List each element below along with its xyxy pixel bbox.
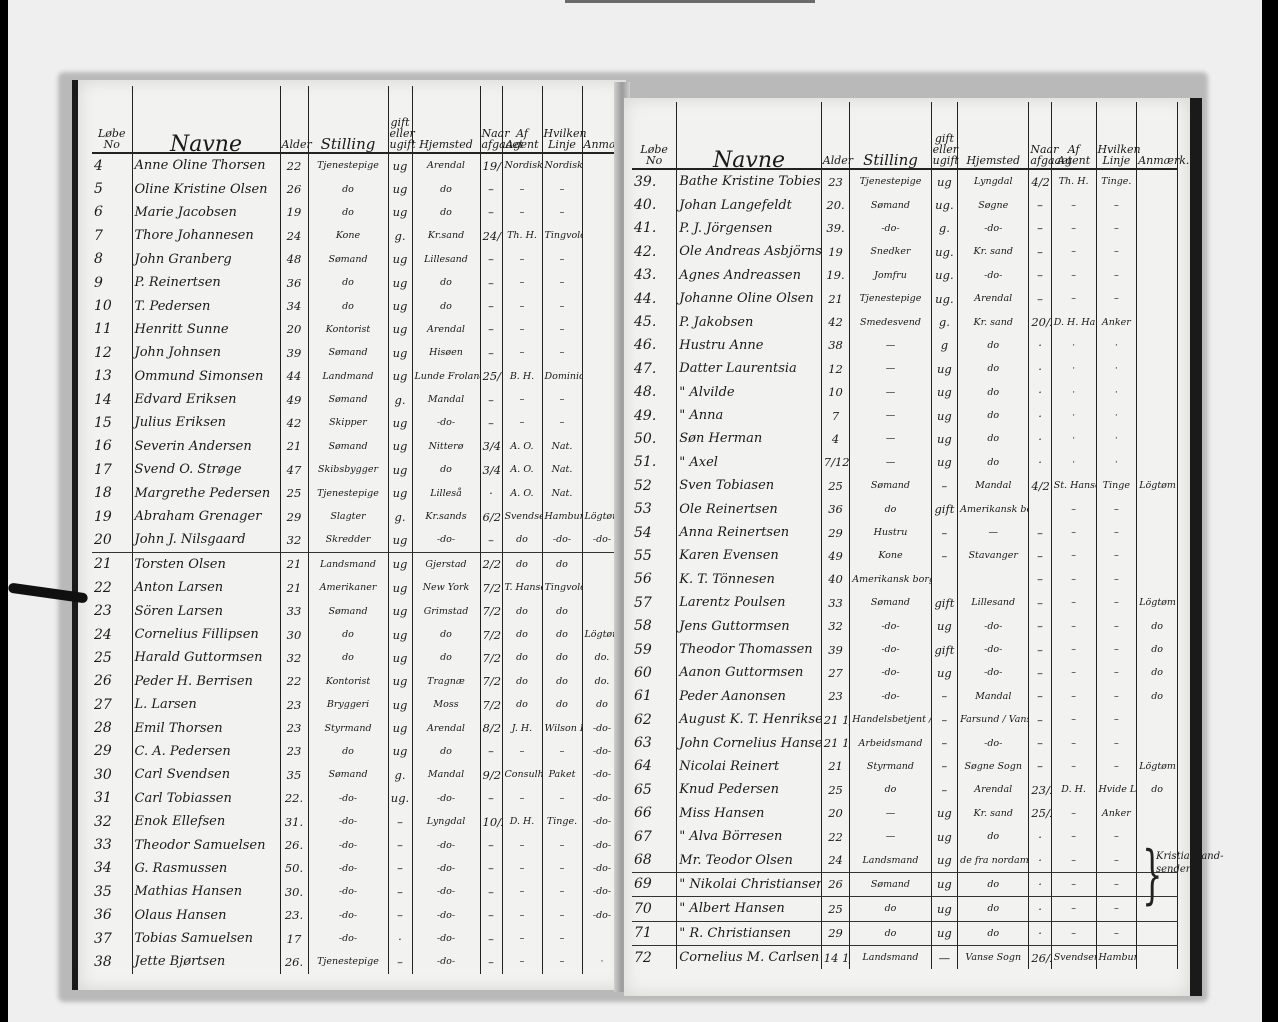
cell-date: – (480, 857, 502, 880)
col-remarks: Anmærk. (1137, 102, 1178, 169)
cell-age: 12 (821, 357, 849, 380)
cell-name: C. A. Pedersen (132, 740, 280, 763)
cell-married: ug (931, 169, 957, 193)
table-row: 32Enok Ellefsen31.-do-–Lyngdal10/2D. H.T… (92, 810, 622, 833)
table-row: 44.Johanne Oline Olsen21Tjenestepigeug.A… (632, 287, 1178, 310)
cell-married: ug (388, 271, 412, 294)
cell-no: 68 (632, 848, 677, 872)
cell-no: 20 (92, 528, 132, 552)
cell-position: Sømand (308, 388, 388, 411)
cell-married: ug (388, 646, 412, 669)
cell-date: – (480, 341, 502, 364)
cell-date: · (1029, 381, 1051, 404)
cell-home: Moss (412, 693, 480, 716)
table-row: 53Ole Reinertsen36dogiftAmerikansk borge… (632, 497, 1178, 520)
cell-line: – (1096, 708, 1137, 731)
cell-remarks (1137, 568, 1178, 591)
cell-agent: do (502, 646, 542, 669)
cell-no: 11 (92, 318, 132, 341)
cell-agent: – (1051, 497, 1096, 520)
cell-line: Hamburg (542, 505, 582, 528)
cell-name: Ommund Simonsen (132, 365, 280, 388)
cell-name: Margrethe Pedersen (132, 481, 280, 504)
cell-home: -do- (958, 264, 1029, 287)
cell-remarks (1137, 287, 1178, 310)
cell-date: 20/2 (1029, 310, 1051, 333)
cell-position: -do- (308, 857, 388, 880)
cell-home: Mandal (958, 474, 1029, 497)
cell-agent: – (502, 341, 542, 364)
cell-position: Amerikansk borger (850, 568, 931, 591)
cell-home: Arendal (412, 153, 480, 177)
cell-position: Kone (850, 544, 931, 567)
cell-line: – (1096, 217, 1137, 240)
cell-line: – (1096, 591, 1137, 614)
table-row: 70" Albert Hansen25dougdo·–– (632, 897, 1178, 921)
cell-age: 21 (280, 576, 308, 599)
cell-name: Carl Svendsen (132, 763, 280, 786)
cell-name: Peder Aanonsen (677, 685, 822, 708)
cell-married: g. (388, 763, 412, 786)
cell-age: 44 (280, 365, 308, 388)
cell-home: Stavanger (958, 544, 1029, 567)
cell-line: – (1096, 755, 1137, 778)
cell-married: ug. (931, 264, 957, 287)
cell-agent: · (1051, 427, 1096, 450)
cell-remarks (1137, 708, 1178, 731)
cell-name: " Alva Börresen (677, 825, 822, 848)
cell-age: 49 (821, 544, 849, 567)
cell-line: · (1096, 334, 1137, 357)
cell-agent: – (1051, 802, 1096, 825)
cell-date: – (480, 177, 502, 200)
cell-married: ug (931, 404, 957, 427)
cell-married: gift (931, 638, 957, 661)
cell-married: g. (388, 224, 412, 247)
cell-no: 70 (632, 897, 677, 921)
cell-date: – (480, 201, 502, 224)
cell-home: do (958, 334, 1029, 357)
cell-agent: – (502, 927, 542, 950)
cell-position: Tjenestepige (850, 287, 931, 310)
cell-age: 39 (821, 638, 849, 661)
cell-no: 53 (632, 497, 677, 520)
col-agent: Af Agent (1051, 102, 1096, 169)
cell-home: Amerikansk borger (958, 497, 1029, 520)
cell-married: ug (931, 381, 957, 404)
table-row: 51." Axel7/12—ugdo··· (632, 451, 1178, 474)
cell-agent: – (502, 388, 542, 411)
table-row: 7Thore Johannesen24Koneg.Kr.sand24/7Th. … (92, 224, 622, 247)
cell-line: Dominion (542, 365, 582, 388)
cell-home: Kr.sand (412, 224, 480, 247)
cell-married: – (388, 950, 412, 973)
cell-line: – (1096, 240, 1137, 263)
cell-name: K. T. Tönnesen (677, 568, 822, 591)
cell-married: ug (931, 357, 957, 380)
cell-remarks (1137, 217, 1178, 240)
cell-position: — (850, 334, 931, 357)
cell-married: – (388, 880, 412, 903)
cell-position: -do- (850, 217, 931, 240)
cell-line: · (1096, 451, 1137, 474)
cell-agent: do (502, 670, 542, 693)
cell-date: – (480, 740, 502, 763)
table-row: 35Mathias Hansen30.-do-–-do-–––-do- (92, 880, 622, 903)
cell-line: Nordisk Lloyd (542, 153, 582, 177)
cell-married: – (931, 778, 957, 801)
cell-agent: Consulh. (502, 763, 542, 786)
cell-agent: – (1051, 193, 1096, 216)
cell-no: 12 (92, 341, 132, 364)
cell-agent: – (502, 411, 542, 434)
cell-position: do (850, 897, 931, 921)
cell-remarks (1137, 544, 1178, 567)
cell-age: 19. (821, 264, 849, 287)
cell-married: ug (931, 921, 957, 945)
cell-no: 38 (92, 950, 132, 973)
cell-line: – (1096, 638, 1137, 661)
cell-name: Jens Guttormsen (677, 614, 822, 637)
table-row: 43.Agnes Andreassen19.Jomfruug.-do-––– (632, 264, 1178, 287)
cell-date: 7/2 (480, 576, 502, 599)
cell-line: – (542, 201, 582, 224)
cell-married: ug. (931, 240, 957, 263)
cell-home: do (412, 458, 480, 481)
cell-no: 65 (632, 778, 677, 801)
cell-home: do (412, 623, 480, 646)
cell-line: Tingvold Linjen (542, 224, 582, 247)
cell-no: 64 (632, 755, 677, 778)
cell-married: ug (388, 481, 412, 504)
table-row: 26Peder H. Berrisen22KontoristugTragnæ7/… (92, 670, 622, 693)
cell-married: ug (388, 435, 412, 458)
header-row: Løbe No Navne Alder Stilling gift eller … (92, 86, 622, 153)
cell-date: 7/2 (480, 670, 502, 693)
cell-name: John Granberg (132, 248, 280, 271)
cell-agent: – (1051, 544, 1096, 567)
cell-married: – (931, 685, 957, 708)
col-line: Hvilken Linje (1096, 102, 1137, 169)
cell-home: de fra nordam. Fristaten (958, 848, 1029, 872)
cell-position: Hustru (850, 521, 931, 544)
left-ledger-table: Løbe No Navne Alder Stilling gift eller … (92, 86, 623, 974)
cell-position: Sømand (308, 248, 388, 271)
table-row: 40.Johan Langefeldt20.Sømandug.Søgne––– (632, 193, 1178, 216)
cell-name: Edvard Eriksen (132, 388, 280, 411)
cell-name: Severin Andersen (132, 435, 280, 458)
cell-home: Mandal (412, 388, 480, 411)
cell-position: — (850, 451, 931, 474)
cell-age: 25 (821, 778, 849, 801)
cell-home: Mandal (958, 685, 1029, 708)
cell-age: 21 1/2 (821, 708, 849, 731)
cell-name: John Johnsen (132, 341, 280, 364)
cell-home: Søgne Sogn (958, 755, 1029, 778)
table-row: 52Sven Tobiasen25Sømand–Mandal4/2St. Han… (632, 474, 1178, 497)
cell-position: Tjenestepige (308, 950, 388, 973)
cell-agent: – (1051, 638, 1096, 661)
cell-age: 34 (280, 294, 308, 317)
cell-name: Ole Andreas Asbjörnsen (677, 240, 822, 263)
cell-date: 25/2 (1029, 802, 1051, 825)
table-row: 11Henritt Sunne20KontoristugArendal––– (92, 318, 622, 341)
cell-agent: do (502, 528, 542, 552)
table-row: 71" R. Christiansen29dougdo·–– (632, 921, 1178, 945)
cell-agent: – (1051, 755, 1096, 778)
cell-remarks: do (1137, 638, 1178, 661)
cell-married: ug (388, 341, 412, 364)
cell-home: Tragnæ (412, 670, 480, 693)
cell-remarks (1137, 451, 1178, 474)
cell-position: Amerikaner (308, 576, 388, 599)
cell-married: ug (388, 318, 412, 341)
cell-remarks: do (1137, 614, 1178, 637)
cell-married: ug (931, 661, 957, 684)
cell-line: Tinge. (542, 810, 582, 833)
cell-no: 14 (92, 388, 132, 411)
cell-age: 22. (280, 787, 308, 810)
col-no: Løbe No (92, 86, 132, 153)
table-row: 31Carl Tobiassen22.-do-ug.-do-–––-do- (92, 787, 622, 810)
cell-name: " Anna (677, 404, 822, 427)
cell-name: Tobias Samuelsen (132, 927, 280, 950)
cell-name: Theodor Thomassen (677, 638, 822, 661)
table-row: 67" Alva Börresen22—ugdo·–– (632, 825, 1178, 848)
cell-home: do (412, 294, 480, 317)
cell-no: 66 (632, 802, 677, 825)
cell-age: 20 (821, 802, 849, 825)
cell-date: – (480, 271, 502, 294)
cell-position: -do- (850, 661, 931, 684)
cell-line: – (542, 388, 582, 411)
table-row: 69" Nikolai Christiansen26Sømandugdo·–– (632, 872, 1178, 896)
cell-name: Agnes Andreassen (677, 264, 822, 287)
cell-no: 69 (632, 872, 677, 896)
table-row: 12John Johnsen39SømandugHisøen––– (92, 341, 622, 364)
cell-home: Farsund / Vanse Sogn (958, 708, 1029, 731)
table-row: 56K. T. Tönnesen40Amerikansk borger––– (632, 568, 1178, 591)
cell-home: do (958, 357, 1029, 380)
cell-home: Hisøen (412, 341, 480, 364)
cell-home: Lyngdal (412, 810, 480, 833)
cell-agent: – (1051, 217, 1096, 240)
cell-name: Cornelius M. Carlsen (677, 945, 822, 969)
cell-date: – (480, 927, 502, 950)
cell-agent: Th. H. (1051, 169, 1096, 193)
cell-home: do (412, 177, 480, 200)
cell-no: 41. (632, 217, 677, 240)
cell-position: do (850, 921, 931, 945)
cell-age: 24 (280, 224, 308, 247)
cell-line: – (542, 177, 582, 200)
cell-line: do (542, 670, 582, 693)
cell-date: – (1029, 591, 1051, 614)
cell-line: – (1096, 521, 1137, 544)
cell-age: 50. (280, 857, 308, 880)
top-edge-strip (565, 0, 815, 3)
cell-married: · (388, 927, 412, 950)
cell-date: – (1029, 731, 1051, 754)
cell-home: do (958, 825, 1029, 848)
cell-agent: – (1051, 521, 1096, 544)
cell-age: 19 (821, 240, 849, 263)
cell-married: ug (388, 153, 412, 177)
cell-name: Anna Reinertsen (677, 521, 822, 544)
cell-remarks: Lögtøm (1137, 474, 1178, 497)
cell-age: 39. (821, 217, 849, 240)
cell-agent: – (1051, 264, 1096, 287)
cell-no: 9 (92, 271, 132, 294)
cell-line: Nat. (542, 458, 582, 481)
table-row: 63John Cornelius Hansen21 1/4Arbeidsmand… (632, 731, 1178, 754)
cell-date: · (1029, 404, 1051, 427)
cell-no: 44. (632, 287, 677, 310)
cell-date: 25/7 (480, 365, 502, 388)
cell-no: 52 (632, 474, 677, 497)
cell-remarks (1137, 497, 1178, 520)
cell-date: – (480, 318, 502, 341)
cell-position: Sømand (308, 341, 388, 364)
cell-remarks (1137, 427, 1178, 450)
table-row: 49." Anna7—ugdo··· (632, 404, 1178, 427)
cell-line: – (1096, 568, 1137, 591)
cell-line: do (542, 693, 582, 716)
cell-married: ug (931, 825, 957, 848)
cell-no: 49. (632, 404, 677, 427)
cell-married (931, 568, 957, 591)
cell-name: Nicolai Reinert (677, 755, 822, 778)
cell-age: 21 1/4 (821, 731, 849, 754)
cell-line: – (1096, 264, 1137, 287)
cell-date: · (1029, 427, 1051, 450)
cell-date: 7/2 (480, 646, 502, 669)
cell-date: – (1029, 217, 1051, 240)
cell-line: · (1096, 427, 1137, 450)
cell-age: 26 (821, 872, 849, 896)
cell-agent: do (502, 693, 542, 716)
cell-home: -do- (412, 411, 480, 434)
cell-agent: – (1051, 591, 1096, 614)
cell-position: Skredder (308, 528, 388, 552)
cell-no: 42. (632, 240, 677, 263)
right-ledger-body: 39.Bathe Kristine Tobiesen23Tjenestepige… (632, 169, 1178, 969)
cell-line: – (1096, 661, 1137, 684)
cell-position: Landsmand (850, 848, 931, 872)
cell-home: -do- (412, 857, 480, 880)
cell-married: ug (931, 427, 957, 450)
cell-name: Thore Johannesen (132, 224, 280, 247)
cell-line: · (1096, 381, 1137, 404)
cell-line: Nat. (542, 435, 582, 458)
cell-line: – (542, 787, 582, 810)
cell-home: Lillesand (958, 591, 1029, 614)
header-row: Løbe No Navne Alder Stilling gift eller … (632, 102, 1178, 169)
cell-age: 33 (821, 591, 849, 614)
cell-remarks (1137, 357, 1178, 380)
cell-name: Hustru Anne (677, 334, 822, 357)
cell-married: ug (931, 897, 957, 921)
cell-remarks: Lögtøm (1137, 755, 1178, 778)
cell-married: – (931, 474, 957, 497)
cell-agent: do (502, 623, 542, 646)
table-row: 60Aanon Guttormsen27-do-ug-do-–––do (632, 661, 1178, 684)
cell-name: " R. Christiansen (677, 921, 822, 945)
cell-no: 16 (92, 435, 132, 458)
cell-date: – (1029, 240, 1051, 263)
cell-married: ug (388, 201, 412, 224)
cell-date: – (480, 528, 502, 552)
cell-position: do (850, 497, 931, 520)
table-row: 18Margrethe Pedersen25TjenestepigeugLill… (92, 481, 622, 504)
cell-married: g. (931, 310, 957, 333)
cell-age: 22 (280, 153, 308, 177)
table-row: 25Harald Guttormsen32dougdo7/2dododo. (92, 646, 622, 669)
cell-line: – (1096, 497, 1137, 520)
cell-date: – (480, 880, 502, 903)
cell-home: do (412, 271, 480, 294)
cell-age: 29 (821, 521, 849, 544)
cell-position: Jomfru (850, 264, 931, 287)
left-ledger-body: 4Anne Oline Thorsen22TjenestepigeugArend… (92, 153, 622, 974)
cell-married: — (931, 945, 957, 969)
cell-line: · (1096, 404, 1137, 427)
cell-remarks (1137, 310, 1178, 333)
cell-home: -do- (412, 880, 480, 903)
cell-line: – (1096, 921, 1137, 945)
cell-remarks: do (1137, 661, 1178, 684)
col-agent: Af Agent (502, 86, 542, 153)
cell-age: 36 (821, 497, 849, 520)
cell-position: Skipper (308, 411, 388, 434)
cell-name: Mr. Teodor Olsen (677, 848, 822, 872)
cell-position: -do- (308, 833, 388, 856)
brace-note: Kristiansand-sendere (1156, 850, 1188, 876)
table-row: 6Marie Jacobsen19dougdo––– (92, 201, 622, 224)
table-row: 48." Alvilde10—ugdo··· (632, 381, 1178, 404)
cell-line: – (1096, 685, 1137, 708)
cell-no: 48. (632, 381, 677, 404)
cell-no: 71 (632, 921, 677, 945)
cell-name: Knud Pedersen (677, 778, 822, 801)
cell-position: -do- (850, 638, 931, 661)
table-row: 23Sören Larsen33SømandugGrimstad7/2dodo (92, 599, 622, 622)
cell-line: – (542, 248, 582, 271)
cell-position: do (308, 740, 388, 763)
cell-name: Sören Larsen (132, 599, 280, 622)
cell-date: – (480, 248, 502, 271)
cell-home: Mandal (412, 763, 480, 786)
cell-date: 8/2 (480, 716, 502, 739)
cell-date: 26/2 (1029, 945, 1051, 969)
cell-age: 14 1/2 (821, 945, 849, 969)
cell-home: -do- (412, 787, 480, 810)
cell-remarks (1137, 334, 1178, 357)
cell-position: — (850, 802, 931, 825)
cell-line: -do- (542, 528, 582, 552)
col-line: Hvilken Linje (542, 86, 582, 153)
cell-married: ug (388, 458, 412, 481)
cell-date: – (480, 904, 502, 927)
cell-line: · (1096, 357, 1137, 380)
col-date: Naar afgaaet (1029, 102, 1051, 169)
cell-date: – (1029, 264, 1051, 287)
cell-agent: do (502, 552, 542, 576)
cell-line: Tinge (1096, 474, 1137, 497)
cell-no: 45. (632, 310, 677, 333)
cell-agent: Nordiske Kilde (502, 153, 542, 177)
cell-line: do (542, 646, 582, 669)
